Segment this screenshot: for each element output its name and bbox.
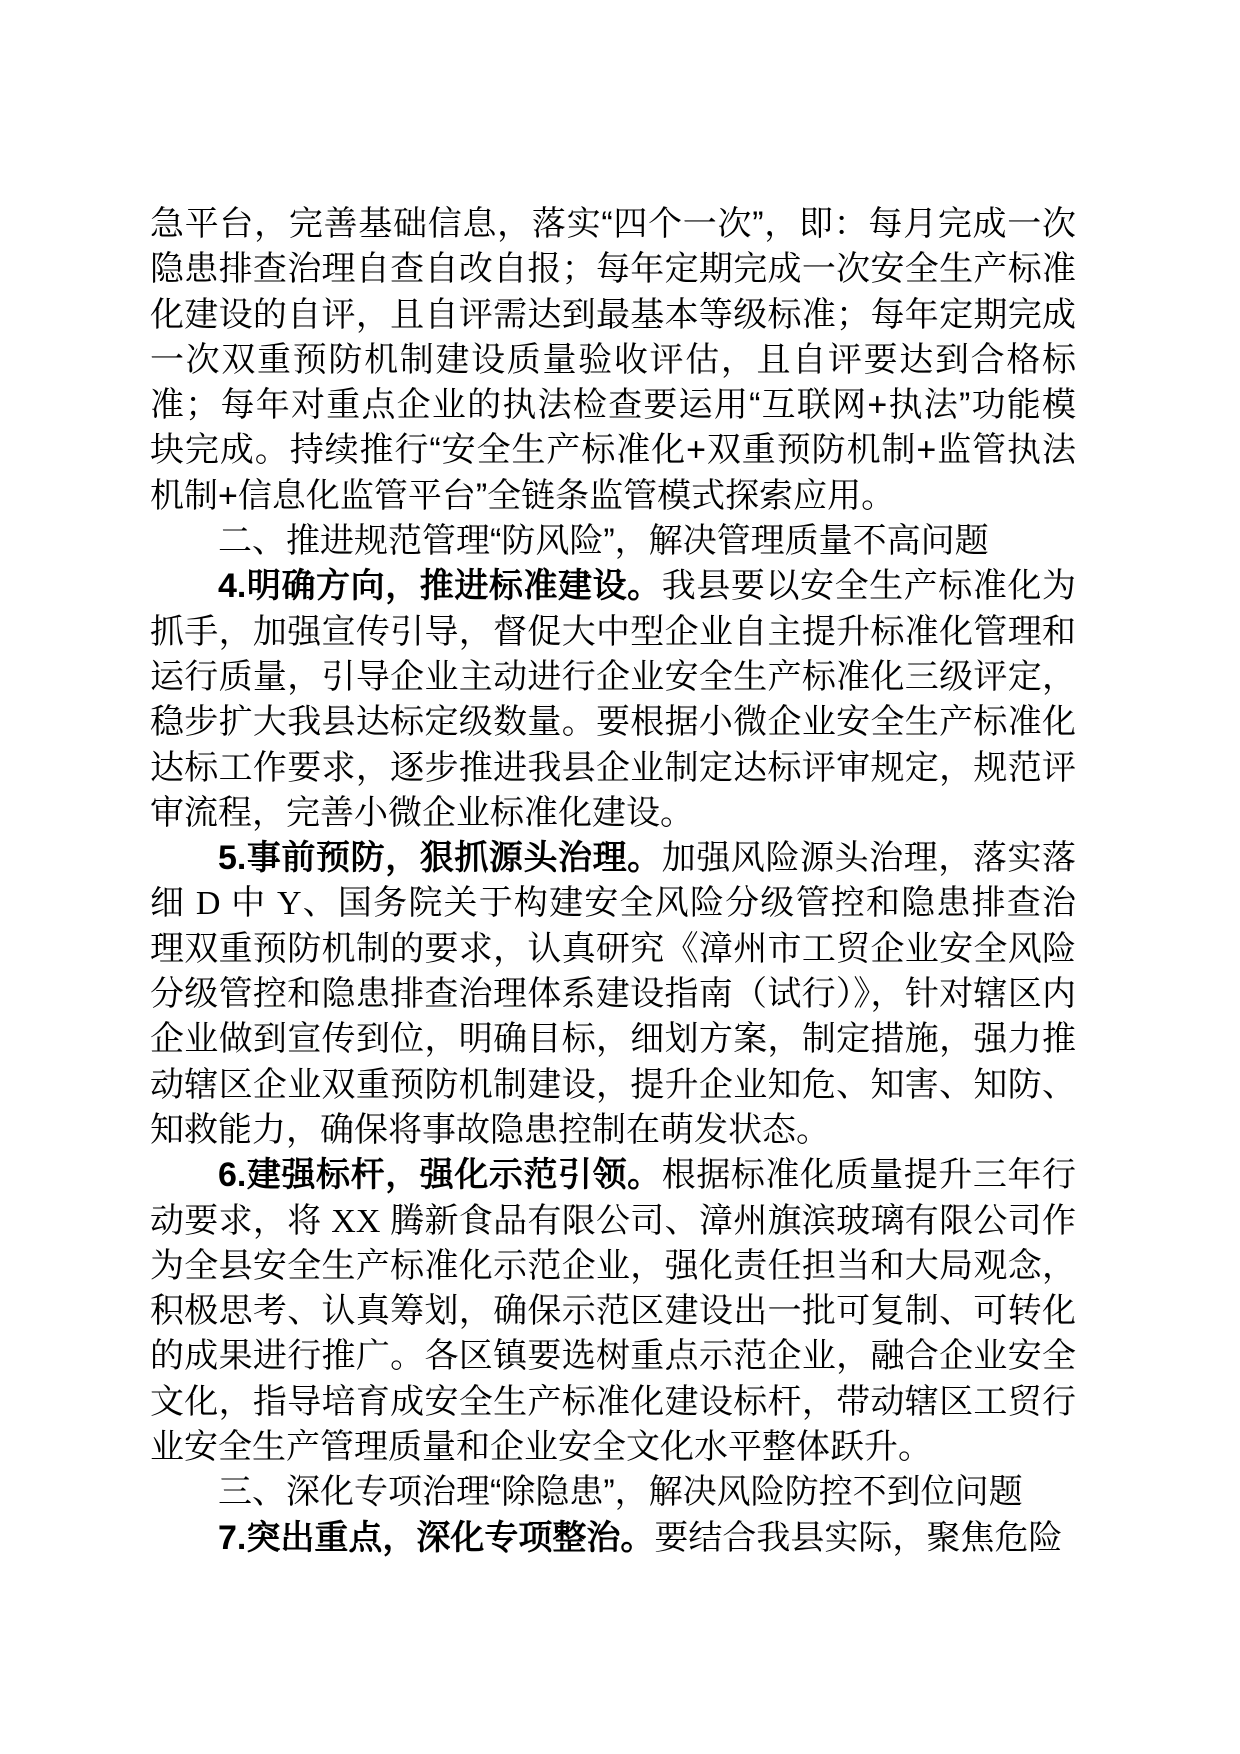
paragraph-text: 中 bbox=[220, 884, 277, 922]
continuation-paragraph: 急平台，完善基础信息，落实“四个一次”，即：每月完成一次隐患排查治理自查自改自报… bbox=[150, 202, 1076, 519]
paragraph-text: 要结合我县实际，聚焦危险 bbox=[654, 1519, 1062, 1557]
latin-letter: Y bbox=[277, 885, 302, 922]
item-7-paragraph: 7.突出重点，深化专项整治。要结合我县实际，聚焦危险 bbox=[150, 1516, 1076, 1561]
document-page: 急平台，完善基础信息，落实“四个一次”，即：每月完成一次隐患排查治理自查自改自报… bbox=[0, 0, 1240, 1754]
item-4-paragraph: 4.明确方向，推进标准建设。我县要以安全生产标准化为抓手，加强宣传引导，督促大中… bbox=[150, 564, 1076, 836]
item-4-lead: 4.明确方向，推进标准建设。 bbox=[218, 567, 662, 605]
item-5-lead: 5.事前预防，狠抓源头治理。 bbox=[218, 839, 662, 877]
item-7-lead: 7.突出重点，深化专项整治。 bbox=[218, 1519, 654, 1557]
paragraph-text: 腾新食品有限公司、漳州旗滨玻璃有限公司作为全县安全生产标准化示范企业，强化责任担… bbox=[150, 1202, 1076, 1466]
section-heading-3: 三、深化专项治理“除隐患”，解决风险防控不到位问题 bbox=[150, 1470, 1076, 1515]
heading-text: 二、推进规范管理“防风险”，解决管理质量不高问题 bbox=[218, 522, 989, 560]
paragraph-text: 、国务院关于构建安全风险分级管控和隐患排查治理双重预防机制的要求，认真研究《漳州… bbox=[150, 884, 1076, 1148]
item-6-lead: 6.建强标杆，强化示范引领。 bbox=[218, 1156, 662, 1194]
item-5-paragraph: 5.事前预防，狠抓源头治理。加强风险源头治理，落实落细 D 中 Y、国务院关于构… bbox=[150, 836, 1076, 1153]
latin-letters: XX bbox=[331, 1203, 380, 1240]
paragraph-text: 我县要以安全生产标准化为抓手，加强宣传引导，督促大中型企业自主提升标准化管理和运… bbox=[150, 567, 1076, 831]
section-heading-2: 二、推进规范管理“防风险”，解决管理质量不高问题 bbox=[150, 519, 1076, 564]
paragraph-text: 急平台，完善基础信息，落实“四个一次”，即：每月完成一次隐患排查治理自查自改自报… bbox=[150, 205, 1076, 515]
document-body: 急平台，完善基础信息，落实“四个一次”，即：每月完成一次隐患排查治理自查自改自报… bbox=[150, 202, 1076, 1561]
item-6-paragraph: 6.建强标杆，强化示范引领。根据标准化质量提升三年行动要求，将 XX 腾新食品有… bbox=[150, 1153, 1076, 1470]
latin-letter: D bbox=[196, 885, 221, 922]
heading-text: 三、深化专项治理“除隐患”，解决风险防控不到位问题 bbox=[218, 1473, 1023, 1511]
